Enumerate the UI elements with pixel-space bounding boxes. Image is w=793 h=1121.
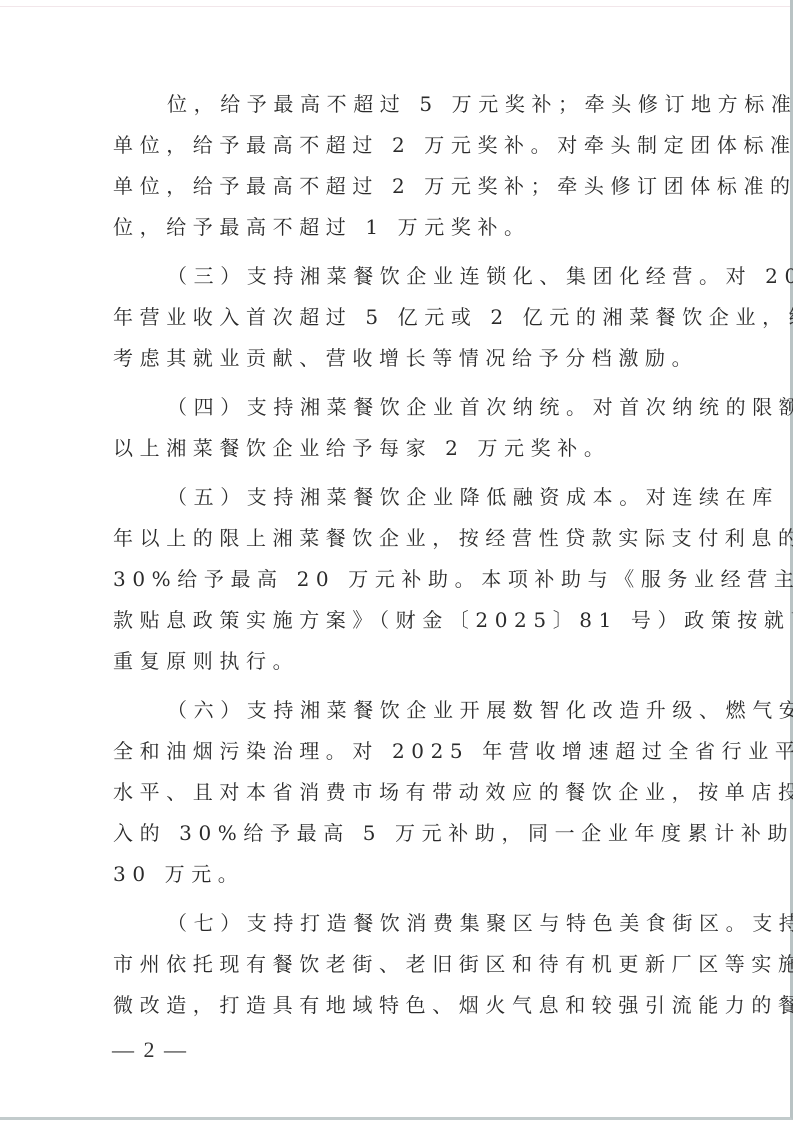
text-line: 水平、且对本省消费市场有带动效应的餐饮企业，按单店投 (113, 772, 665, 813)
text-line: （六）支持湘菜餐饮企业开展数智化改造升级、燃气安 (113, 690, 665, 731)
text-line: （五）支持湘菜餐饮企业降低融资成本。对连续在库 3 (113, 477, 665, 518)
page-number: — 2 — (112, 1037, 188, 1063)
text-line: 单位，给予最高不超过 2 万元奖补；牵头修订团体标准的单 (113, 166, 665, 207)
text-line: （四）支持湘菜餐饮企业首次纳统。对首次纳统的限额 (113, 387, 665, 428)
text-line: 位，给予最高不超过 5 万元奖补；牵头修订地方标准的 (113, 84, 665, 125)
text-line: 入的 30%给予最高 5 万元补助，同一企业年度累计补助最高 (113, 813, 665, 854)
text-line: 单位，给予最高不超过 2 万元奖补。对牵头制定团体标准的 (113, 125, 665, 166)
text-line: 以上湘菜餐饮企业给予每家 2 万元奖补。 (113, 428, 665, 469)
text-line: 年以上的限上湘菜餐饮企业，按经营性贷款实际支付利息的 (113, 518, 665, 559)
paragraph-item-4: （四）支持湘菜餐饮企业首次纳统。对首次纳统的限额 以上湘菜餐饮企业给予每家 2 … (113, 387, 665, 469)
text-line: 年营业收入首次超过 5 亿元或 2 亿元的湘菜餐饮企业，综合 (113, 297, 665, 338)
scan-edge-line (0, 6, 790, 7)
paragraph-continuation: 位，给予最高不超过 5 万元奖补；牵头修订地方标准的 单位，给予最高不超过 2 … (113, 84, 665, 248)
text-line: （七）支持打造餐饮消费集聚区与特色美食街区。支持 (113, 903, 665, 944)
document-page: 位，给予最高不超过 5 万元奖补；牵头修订地方标准的 单位，给予最高不超过 2 … (0, 0, 793, 1120)
paragraph-item-7: （七）支持打造餐饮消费集聚区与特色美食街区。支持 市州依托现有餐饮老街、老旧街区… (113, 903, 665, 1026)
paragraph-item-3: （三）支持湘菜餐饮企业连锁化、集团化经营。对 2025 年营业收入首次超过 5 … (113, 256, 665, 379)
text-line: 款贴息政策实施方案》（财金〔2025〕81 号）政策按就高不 (113, 600, 665, 641)
text-line: 30 万元。 (113, 854, 665, 895)
text-line: 全和油烟污染治理。对 2025 年营收增速超过全省行业平均 (113, 731, 665, 772)
document-body: 位，给予最高不超过 5 万元奖补；牵头修订地方标准的 单位，给予最高不超过 2 … (113, 84, 665, 1034)
text-line: 微改造，打造具有地域特色、烟火气息和较强引流能力的餐 (113, 985, 665, 1026)
text-line: （三）支持湘菜餐饮企业连锁化、集团化经营。对 2025 (113, 256, 665, 297)
text-line: 位，给予最高不超过 1 万元奖补。 (113, 207, 665, 248)
text-line: 考虑其就业贡献、营收增长等情况给予分档激励。 (113, 338, 665, 379)
text-line: 30%给予最高 20 万元补助。本项补助与《服务业经营主体贷 (113, 559, 665, 600)
text-line: 重复原则执行。 (113, 641, 665, 682)
paragraph-item-6: （六）支持湘菜餐饮企业开展数智化改造升级、燃气安 全和油烟污染治理。对 2025… (113, 690, 665, 895)
paragraph-item-5: （五）支持湘菜餐饮企业降低融资成本。对连续在库 3 年以上的限上湘菜餐饮企业，按… (113, 477, 665, 682)
text-line: 市州依托现有餐饮老街、老旧街区和待有机更新厂区等实施 (113, 944, 665, 985)
